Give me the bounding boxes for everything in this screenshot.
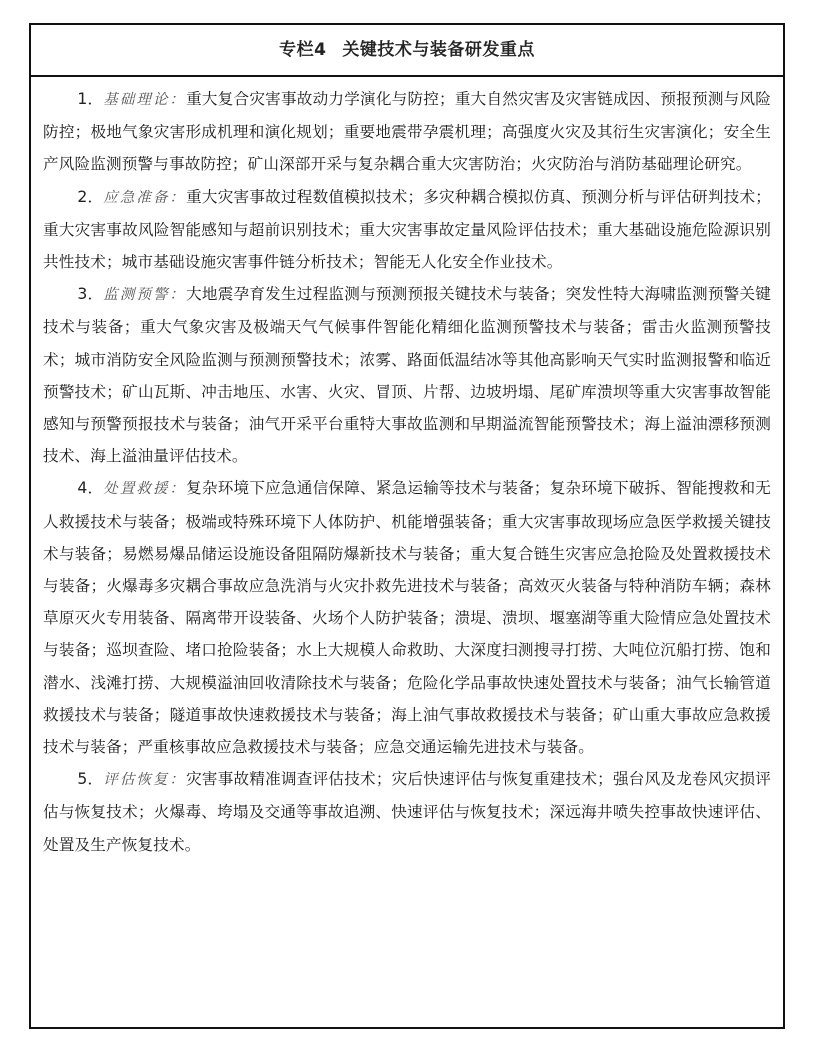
section-number: 3． bbox=[77, 285, 103, 303]
section-number: 2． bbox=[77, 188, 103, 206]
section-assessment-recovery: 5．评估恢复：灾害事故精准调查评估技术；灾后快速评估与恢复重建技术；强台风及龙卷… bbox=[43, 763, 771, 861]
section-label: 评估恢复： bbox=[103, 772, 186, 788]
section-monitoring-warning: 3．监测预警：大地震孕育发生过程监测与预测预报关键技术与装备；突发性特大海啸监测… bbox=[43, 278, 771, 472]
section-basic-theory: 1．基础理论：重大复合灾害事故动力学演化与防控；重大自然灾害及灾害链成因、预报预… bbox=[43, 83, 771, 181]
section-number: 5． bbox=[77, 770, 103, 788]
box-content: 1．基础理论：重大复合灾害事故动力学演化与防控；重大自然灾害及灾害链成因、预报预… bbox=[31, 77, 783, 861]
section-rescue-response: 4．处置救援：复杂环境下应急通信保障、紧急运输等技术与装备；复杂环境下破拆、智能… bbox=[43, 472, 771, 763]
section-label: 监测预警： bbox=[103, 287, 186, 303]
section-number: 4． bbox=[77, 479, 103, 497]
section-text: 复杂环境下应急通信保障、紧急运输等技术与装备；复杂环境下破拆、智能搜救和无人救援… bbox=[43, 479, 771, 756]
title-main: 关键技术与装备研发重点 bbox=[342, 40, 535, 60]
section-text: 大地震孕育发生过程监测与预测预报关键技术与装备；突发性特大海啸监测预警关键技术与… bbox=[43, 285, 771, 465]
section-emergency-preparation: 2．应急准备：重大灾害事故过程数值模拟技术；多灾种耦合模拟仿真、预测分析与评估研… bbox=[43, 181, 771, 279]
section-label: 应急准备： bbox=[103, 190, 186, 206]
title-prefix: 专栏4 bbox=[279, 40, 326, 60]
section-number: 1． bbox=[77, 90, 103, 108]
feature-box: 专栏4关键技术与装备研发重点 1．基础理论：重大复合灾害事故动力学演化与防控；重… bbox=[29, 23, 785, 1029]
section-label: 基础理论： bbox=[103, 92, 186, 108]
box-title: 专栏4关键技术与装备研发重点 bbox=[279, 35, 535, 60]
section-label: 处置救援： bbox=[103, 481, 186, 497]
box-header: 专栏4关键技术与装备研发重点 bbox=[31, 25, 783, 77]
